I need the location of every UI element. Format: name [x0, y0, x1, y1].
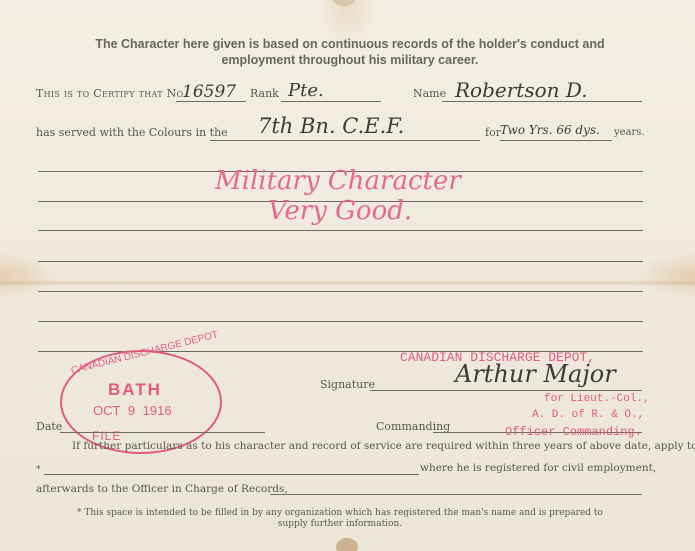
- certify-label: This is to Certify that No.: [36, 87, 187, 100]
- particulars-line-2: where he is registered for civil employm…: [420, 462, 656, 474]
- unit-value: 7th Bn. C.E.F.: [258, 114, 404, 138]
- rank-label: Rank: [250, 87, 279, 100]
- for-lieut-col-stamp: for Lieut.-Col.,: [544, 393, 650, 405]
- unit-field-rule: [210, 140, 480, 141]
- duration-value: Two Yrs. 66 dys.: [500, 123, 600, 137]
- date-field-rule: [60, 432, 265, 433]
- character-line-6: [38, 321, 643, 322]
- date-label: Date: [36, 420, 62, 433]
- organization-field-rule: [44, 474, 419, 475]
- stamp-city: BATH: [108, 380, 162, 400]
- character-line-4: [38, 261, 643, 262]
- officer-commanding-stamp: Officer Commanding.: [505, 425, 642, 439]
- footnote-line-1: * This space is intended to be filled in…: [70, 508, 610, 519]
- duration-field-rule: [500, 140, 612, 141]
- signature-label: Signature: [320, 378, 375, 391]
- records-office-field-rule: [270, 494, 642, 495]
- signature-field-rule: [370, 390, 642, 391]
- adro-stamp: A. D. of R. & O.,: [532, 409, 644, 421]
- footnote-line-2: supply further information.: [70, 519, 610, 530]
- asterisk-marker: *: [36, 465, 41, 475]
- paper-tear-bottom: [336, 538, 358, 551]
- military-character-heading: Military Character: [215, 166, 461, 196]
- rank-value: Pte.: [288, 80, 324, 101]
- header-line-2: employment throughout his military caree…: [60, 52, 640, 68]
- footnote: * This space is intended to be filled in…: [70, 508, 610, 530]
- particulars-line-3: afterwards to the Officer in Charge of R…: [36, 483, 288, 495]
- service-number-value: 16597: [182, 82, 236, 102]
- for-label: for: [485, 126, 501, 139]
- paper-fold-crease: [0, 280, 695, 286]
- years-label: years.: [614, 127, 645, 138]
- header-line-1: The Character here given is based on con…: [60, 36, 640, 52]
- character-line-5: [38, 291, 643, 292]
- signature-value: Arthur Major: [455, 360, 616, 388]
- stamp-date: OCT 9 1916: [93, 403, 172, 418]
- name-value: Robertson D.: [455, 78, 588, 102]
- document-header: The Character here given is based on con…: [60, 36, 640, 68]
- character-line-3: [38, 230, 643, 231]
- military-character-value: Very Good.: [268, 196, 412, 226]
- name-label: Name: [413, 87, 446, 100]
- rank-field-rule: [281, 101, 381, 102]
- served-label: has served with the Colours in the: [36, 126, 228, 139]
- particulars-line-1: If further particulars as to his charact…: [72, 440, 695, 452]
